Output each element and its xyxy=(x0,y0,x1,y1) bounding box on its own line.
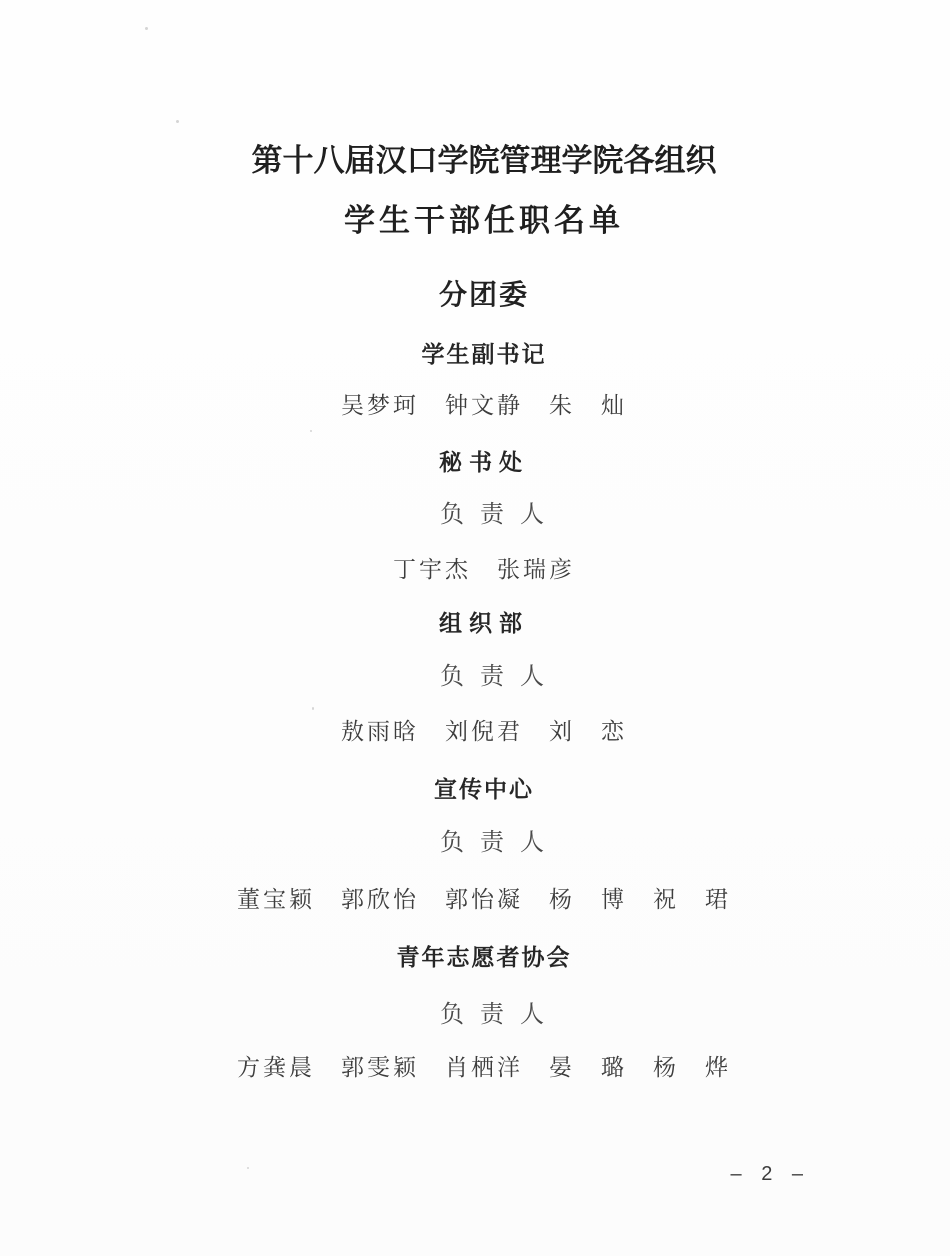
role-label-youth-volunteers: 负责人 xyxy=(50,1003,950,1027)
role-label-secretariat: 负责人 xyxy=(50,503,950,527)
section-title-secretariat: 秘书处 xyxy=(18,451,950,474)
role-label-organization-dept: 负责人 xyxy=(50,665,950,689)
scan-speck xyxy=(145,27,148,30)
scan-speck xyxy=(312,707,314,710)
document-page: 第十八届汉口学院管理学院各组织 学生干部任职名单 分团委 学生副书记 吴梦珂 钟… xyxy=(0,0,950,1256)
scan-speck xyxy=(310,430,312,432)
section-title-organization-dept: 组织部 xyxy=(18,612,950,635)
organization-heading: 分团委 xyxy=(18,281,950,309)
document-title-line-2: 学生干部任职名单 xyxy=(18,205,950,236)
section-names-publicity-center: 董宝颖 郭欣怡 郭怡凝 杨 博 祝 珺 xyxy=(18,888,950,911)
section-title-publicity-center: 宣传中心 xyxy=(18,778,950,801)
section-title-youth-volunteers: 青年志愿者协会 xyxy=(18,946,950,969)
section-names-organization-dept: 敖雨晗 刘倪君 刘 恋 xyxy=(18,720,950,743)
section-title-student-deputy-secretary: 学生副书记 xyxy=(18,343,950,366)
scan-speck xyxy=(176,120,179,123)
scan-speck xyxy=(247,1167,249,1169)
section-names-youth-volunteers: 方龚晨 郭雯颖 肖栖洋 晏 璐 杨 烨 xyxy=(18,1056,950,1079)
role-label-publicity-center: 负责人 xyxy=(50,831,950,855)
section-names-student-deputy-secretary: 吴梦珂 钟文静 朱 灿 xyxy=(18,394,950,417)
document-title-line-1: 第十八届汉口学院管理学院各组织 xyxy=(18,145,950,176)
section-names-secretariat: 丁宇杰 张瑞彦 xyxy=(18,558,950,581)
page-number: – 2 – xyxy=(731,1164,810,1184)
